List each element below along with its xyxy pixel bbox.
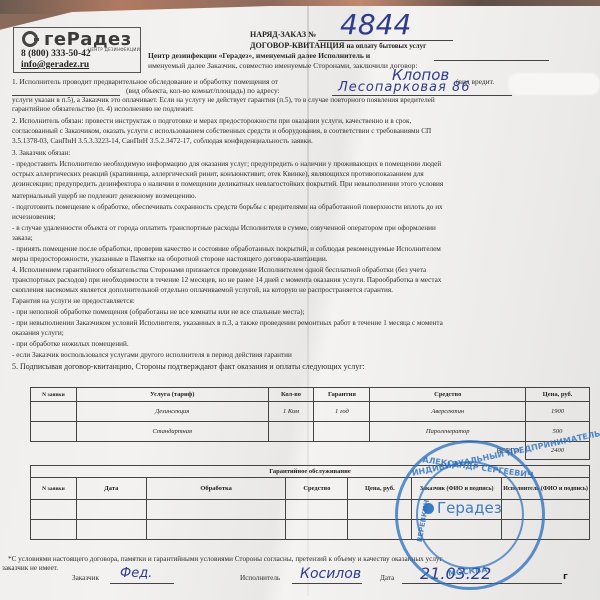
order-number-handwritten: 4844 — [340, 8, 411, 41]
w-row-1-cell[interactable] — [76, 500, 146, 520]
clause-3-line-1: - предоставить Исполнителю необходимую и… — [12, 160, 441, 169]
clause-4-line-2: транспортных расходов) при необходимости… — [12, 276, 441, 285]
order-title: НАРЯД-ЗАКАЗ № — [250, 30, 316, 39]
w-header-treatment: Обработка — [146, 478, 286, 500]
clause-4-line-4: Гарантия на услуги не предоставляется: — [12, 297, 135, 306]
intro-executor-text: Центр дезинфекции «Герадез», именуемый д… — [148, 51, 370, 60]
row-2-service: Стандартная — [76, 422, 268, 442]
logo-tagline: ЦЕНТР ДЕЗИНФЕКЦИИ — [88, 47, 140, 52]
row-1-service: Дезинсекция — [76, 402, 268, 422]
stamp-logo-text: Герадез — [437, 499, 502, 517]
header-qty: Кол-во — [268, 388, 314, 402]
clause-5: 5. Подписывая договор-квитанцию, Стороны… — [12, 362, 365, 371]
stamp-logo: Герадез — [423, 499, 502, 517]
executor-signature-label: Исполнитель — [240, 574, 280, 583]
w-header-order-no: N заявки — [31, 478, 77, 500]
w-row-1-cell[interactable] — [31, 500, 77, 520]
row-2-warranty — [314, 422, 370, 442]
header-order-no: N заявки — [31, 388, 77, 402]
clause-3-title: 3. Заказчик обязан: — [12, 149, 70, 158]
agreement-line-2: заказчик не имеет. — [2, 564, 58, 573]
w-row-2-cell[interactable] — [146, 520, 286, 540]
company-email: info@geradez.ru — [21, 60, 89, 70]
clause-3-line-4: материальный ущерб не подлежит денежному… — [12, 192, 196, 201]
customer-signature-label: Заказчик — [72, 574, 99, 583]
clause-1-line-4: гарантийное обязательство (п. 4) исполне… — [12, 105, 194, 114]
header-price: Цена, руб. — [526, 388, 590, 402]
w-row-2-cell[interactable] — [286, 520, 348, 540]
clause-3-line-8: заказа; — [12, 234, 33, 243]
clause-2-line-2: согласованный с Заказчиком, оказать услу… — [12, 127, 431, 136]
agreement-line-1: *С условиями настоящего договора, памятк… — [8, 555, 442, 564]
clause-4-line-3: скопления насекомых является дополнитель… — [12, 286, 393, 295]
clause-2-line-1: 2. Исполнитель обязан: провести инструкт… — [12, 117, 411, 126]
header-warranty: Гарантия — [314, 388, 370, 402]
date-label: Дата — [380, 574, 394, 583]
date-suffix: г — [563, 572, 568, 582]
clause-1-line-2: (вид объекта, кол-во комнат/площадь) по … — [126, 86, 280, 95]
clause-4-line-5: - при неполной обработке помещения (обра… — [12, 308, 304, 317]
executor-signature: Косилов — [300, 566, 361, 582]
stamp-city-text: МОСКВА — [448, 565, 488, 578]
w-header-date: Дата — [76, 478, 146, 500]
redacted-address-area — [508, 73, 600, 95]
address-handwritten: Лесопарковая 86 — [338, 80, 471, 95]
clause-1-line-3: услуги указан в п.5), а Заказчик это опл… — [12, 96, 435, 105]
clause-3-line-5: - подготовить помещение к обработке, обе… — [12, 203, 443, 212]
clause-3-line-10: меры предосторожности, указанные в Памят… — [12, 255, 328, 264]
customer-signature-line[interactable] — [110, 583, 174, 584]
contract-title-main: ДОГОВОР-КВИТАНЦИЯ — [250, 41, 344, 50]
w-row-1-cell[interactable] — [146, 500, 286, 520]
clause-3-line-7: - в случае удаленности объекта от города… — [12, 224, 436, 233]
clause-3-line-2: острых аллергических реакций (крапивница… — [12, 170, 424, 179]
clause-3-line-6: исчезновения; — [12, 213, 56, 222]
w-row-2-cell[interactable] — [31, 520, 77, 540]
clause-4-line-6: - при невыполнении Заказчиком условий Ис… — [12, 319, 443, 328]
row-1-price: 1900 — [526, 402, 590, 422]
row-1-warranty: 1 год — [314, 402, 370, 422]
clause-3-line-9: - принять помещение после обработки, про… — [12, 245, 441, 254]
clause-4-line-7: оказания услуги; — [12, 329, 64, 338]
intro-line-2: именуемый далее Заказчик, совместно имен… — [148, 61, 417, 70]
clause-4-line-1: 4. Исполнением гарантийного обязательств… — [12, 266, 426, 275]
clause-3-line-3: дезинсекции; предупредить дезинфектора о… — [12, 180, 443, 189]
w-header-product: Средство — [286, 478, 348, 500]
contract-title-suffix: на оплату бытовых услуг — [346, 42, 426, 50]
w-row-2-cell[interactable] — [76, 520, 146, 540]
clause-1-line-1: 1. Исполнитель проводит предварительное … — [12, 77, 278, 86]
company-stamp: ИНДИВИДУАЛЬНЫЙ ПРЕДПРИНИМАТЕЛЬ АЛЕКСАНДР… — [395, 440, 545, 590]
row-2-product: Парогенератор — [370, 422, 526, 442]
table-row: Дезинсекция 1 Ком 1 год Аверсектин 1900 — [31, 402, 590, 422]
header-product: Средство — [370, 388, 526, 402]
services-header-row: N заявки Услуга (тариф) Кол-во Гарантия … — [31, 388, 590, 402]
row-2-order-no — [31, 422, 77, 442]
contract-title: ДОГОВОР-КВИТАНЦИЯ на оплату бытовых услу… — [250, 41, 426, 50]
w-row-1-cell[interactable] — [286, 500, 348, 520]
row-1-order-no — [31, 402, 77, 422]
customer-signature: Фед. — [120, 566, 152, 581]
geradez-logo-icon — [22, 31, 38, 47]
stamp-logo-icon — [423, 503, 434, 514]
company-phone: 8 (800) 333-50-42 — [21, 49, 91, 59]
clause-2-line-3: 3.5.1378-03, СанПиН 3.5.3.3223-14, СанПи… — [12, 137, 313, 146]
executor-signature-line[interactable] — [292, 583, 362, 584]
header-service: Услуга (тариф) — [76, 388, 268, 402]
clause-4-line-8: - при обработке нежилых помещений. — [12, 340, 129, 349]
intro-line-1: Центр дезинфекции «Герадез», именуемый д… — [148, 51, 370, 60]
customer-name-line — [434, 60, 549, 61]
row-1-product: Аверсектин — [370, 402, 526, 422]
clause-4-line-9: - если Заказчик воспользовался услугами … — [12, 351, 292, 360]
company-logo-block: геРадез ЦЕНТР ДЕЗИНФЕКЦИИ 8 (800) 333-50… — [13, 27, 141, 73]
row-1-qty: 1 Ком — [268, 402, 314, 422]
row-2-qty — [268, 422, 314, 442]
table-row: Стандартная Парогенератор 500 — [31, 422, 590, 442]
